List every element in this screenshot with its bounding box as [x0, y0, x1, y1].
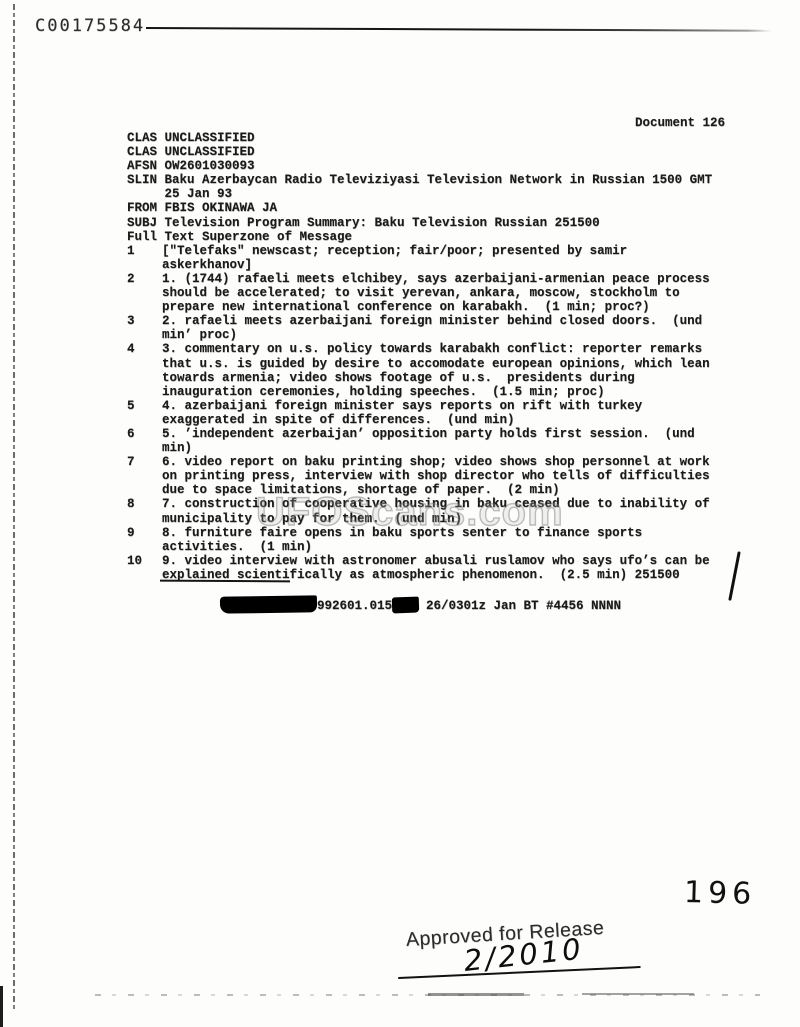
watermark-text: UFOScans.com: [256, 490, 564, 535]
item-number: 4: [127, 342, 162, 398]
item-text: ["Telefaks" newscast; reception; fair/po…: [162, 244, 752, 272]
scan-edge-artifact: [13, 4, 15, 1012]
list-item: 65. ’independent azerbaijan’ opposition …: [127, 427, 757, 455]
item-number: 1: [127, 244, 162, 272]
top-rule-line: [146, 27, 772, 32]
redacted-line: 992601.01526/0301z Jan BT #4456 NNNN: [162, 582, 752, 627]
item-text: 3. commentary on u.s. policy towards kar…: [162, 342, 752, 398]
item-number: 6: [127, 427, 162, 455]
redacted-line-row: 992601.01526/0301z Jan BT #4456 NNNN: [127, 582, 757, 627]
item-number: 8: [127, 497, 162, 525]
list-item: 43. commentary on u.s. policy towards ka…: [127, 342, 757, 398]
scan-bottom-artifact-dark: [582, 993, 694, 995]
redaction-bar-small: [392, 597, 420, 614]
item-number: 7: [127, 455, 162, 497]
list-item: 1["Telefaks" newscast; reception; fair/p…: [127, 244, 757, 272]
scanned-document-page: C00175584 Document 126 CLAS UNCLASSIFIED…: [0, 0, 800, 1027]
item-number: 10: [127, 554, 162, 582]
item-number: 3: [127, 314, 162, 342]
document-number: Document 126: [635, 116, 725, 130]
scan-id: C00175584: [35, 16, 145, 36]
redacted-line-text-2: 26/0301z Jan BT #4456 NNNN: [426, 599, 621, 613]
handwritten-page-number: 196: [684, 875, 757, 912]
redacted-line-text-1: 992601.015: [317, 599, 392, 613]
redaction-bar: [220, 595, 317, 613]
list-item: 109. video interview with astronomer abu…: [127, 554, 757, 582]
item-number: 5: [127, 399, 162, 427]
item-number: [127, 582, 162, 627]
list-item: 32. rafaeli meets azerbaijani foreign mi…: [127, 314, 757, 342]
item-text: 1. (1744) rafaeli meets elchibey, says a…: [162, 272, 752, 314]
message-header: CLAS UNCLASSIFIED CLAS UNCLASSIFIED AFSN…: [127, 131, 757, 244]
item-text: 9. video interview with astronomer abusa…: [162, 554, 752, 582]
list-item: 21. (1744) rafaeli meets elchibey, says …: [127, 272, 757, 314]
list-item: 54. azerbaijani foreign minister says re…: [127, 399, 757, 427]
item-text: 4. azerbaijani foreign minister says rep…: [162, 399, 752, 427]
item-text: 5. ’independent azerbaijan’ opposition p…: [162, 427, 752, 455]
item-number: 9: [127, 526, 162, 554]
scan-bottom-artifact-dark: [428, 993, 524, 996]
item-number: 2: [127, 272, 162, 314]
document-body: CLAS UNCLASSIFIED CLAS UNCLASSIFIED AFSN…: [127, 131, 757, 627]
scan-corner-artifact: [0, 986, 3, 1027]
item-text: 2. rafaeli meets azerbaijani foreign min…: [162, 314, 752, 342]
